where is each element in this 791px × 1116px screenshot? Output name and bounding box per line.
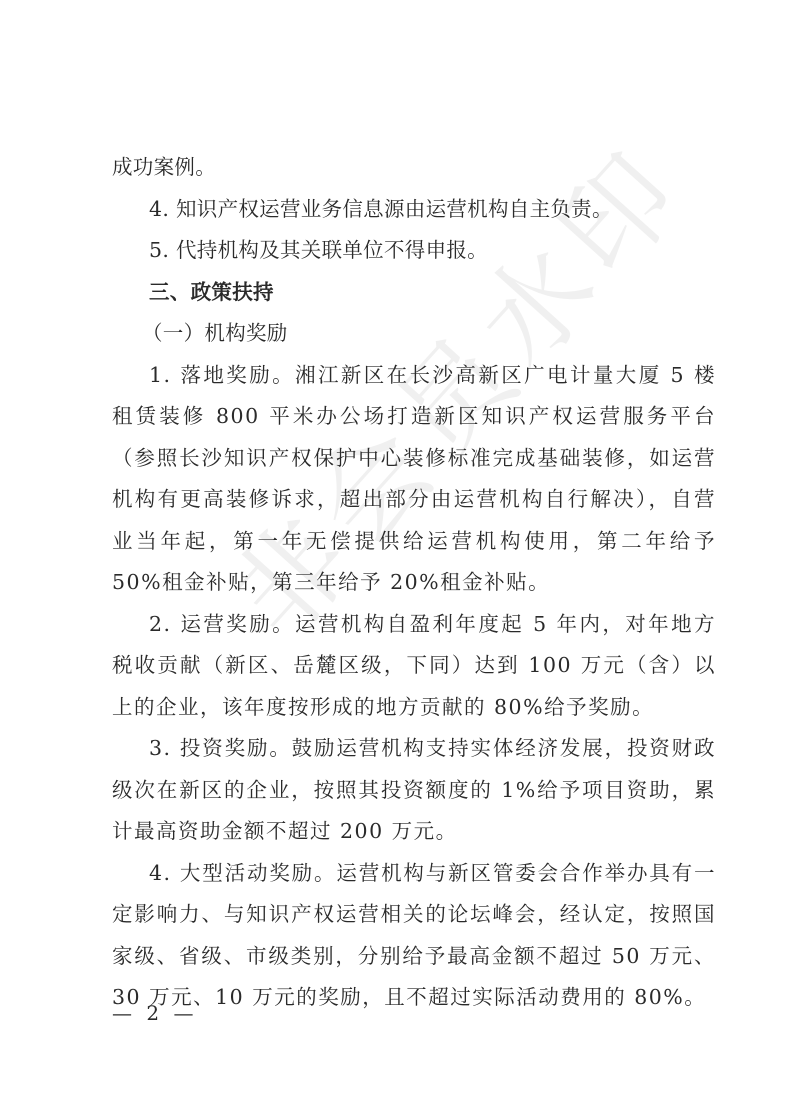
page-number: — 2 — bbox=[112, 1001, 197, 1025]
section-heading: 三、政策扶持 bbox=[112, 272, 716, 314]
text-line: 成功案例。 bbox=[112, 147, 716, 189]
list-item-4: 4. 知识产权运营业务信息源由运营机构自主负责。 bbox=[112, 189, 716, 231]
paragraph-operation-reward: 2. 运营奖励。运营机构自盈利年度起 5 年内，对年地方税收贡献（新区、岳麓区级… bbox=[112, 604, 716, 729]
document-page: 成功案例。 4. 知识产权运营业务信息源由运营机构自主负责。 5. 代持机构及其… bbox=[112, 147, 716, 1019]
list-item-5: 5. 代持机构及其关联单位不得申报。 bbox=[112, 230, 716, 272]
paragraph-landing-reward: 1. 落地奖励。湘江新区在长沙高新区广电计量大厦 5 楼租赁装修 800 平米办… bbox=[112, 355, 716, 604]
subsection-heading: （一）机构奖励 bbox=[112, 313, 716, 355]
paragraph-event-reward: 4. 大型活动奖励。运营机构与新区管委会合作举办具有一定影响力、与知识产权运营相… bbox=[112, 853, 716, 1019]
paragraph-investment-reward: 3. 投资奖励。鼓励运营机构支持实体经济发展，投资财政级次在新区的企业，按照其投… bbox=[112, 728, 716, 853]
paragraphs: 1. 落地奖励。湘江新区在长沙高新区广电计量大厦 5 楼租赁装修 800 平米办… bbox=[112, 355, 716, 1019]
